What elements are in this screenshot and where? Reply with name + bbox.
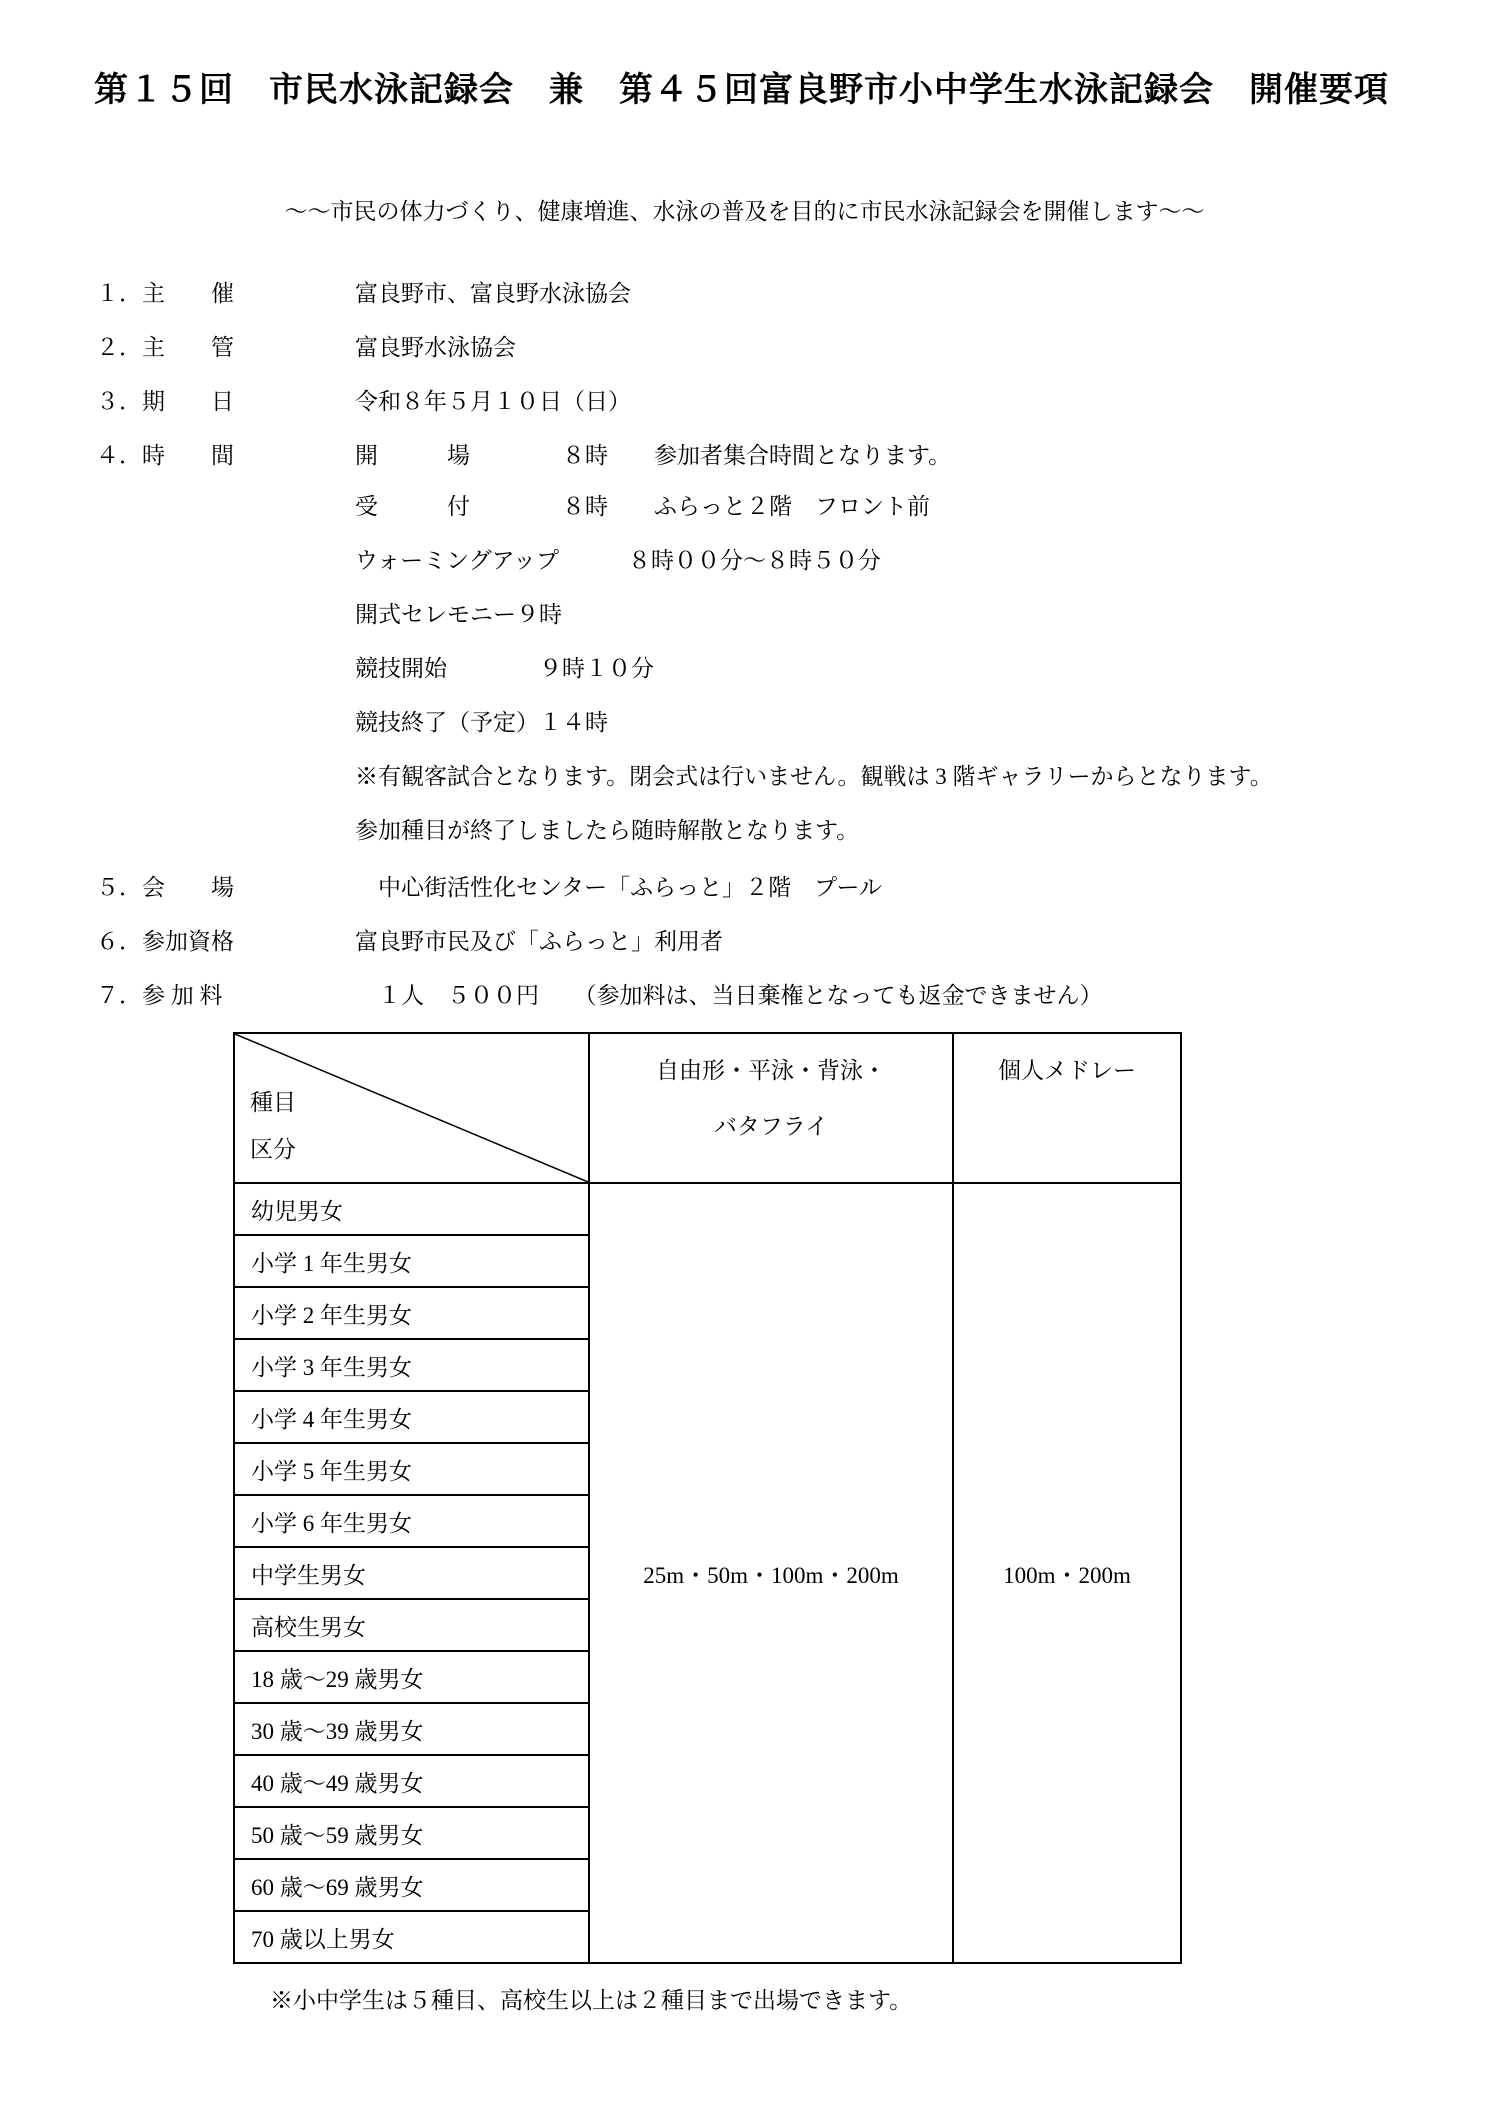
header-strokes: 自由形・平泳・背泳・ バタフライ [589, 1033, 953, 1183]
row-label: 小学 6 年生男女 [234, 1495, 589, 1547]
row-label: 小学 2 年生男女 [234, 1287, 589, 1339]
document-page: 第１５回 市民水泳記録会 兼 第４５回富良野市小中学生水泳記録会 開催要項 〜〜… [0, 0, 1489, 2105]
item-value: １人 ５００円 （参加料は、当日棄権となっても返金できません） [355, 977, 1103, 1010]
row-label: 小学 3 年生男女 [234, 1339, 589, 1391]
table-header-row: 種目 区分 自由形・平泳・背泳・ バタフライ 個人メドレー [234, 1033, 1181, 1183]
schedule-line-reception: 受 付 ８時 ふらっと２階 フロント前 [96, 480, 1489, 534]
header-medley-label: 個人メドレー [955, 1043, 1179, 1099]
row-label: 18 歳〜29 歳男女 [234, 1651, 589, 1703]
item-venue: ５．会 場 中心街活性化センター「ふらっと」２階 プール [96, 858, 1489, 912]
corner-label-category: 区分 [250, 1131, 296, 1164]
row-label: 50 歳〜59 歳男女 [234, 1807, 589, 1859]
document-subtitle: 〜〜市民の体力づくり、健康増進、水泳の普及を目的に市民水泳記録会を開催します〜〜 [0, 193, 1489, 226]
stroke-events-cell: 25m・50m・100m・200m [589, 1183, 953, 1963]
header-strokes-line1: 自由形・平泳・背泳・ [591, 1043, 951, 1099]
schedule-line-end: 競技終了（予定）１４時 [96, 696, 1489, 750]
item-label: ４．時 間 [96, 437, 355, 470]
item-label: ６．参加資格 [96, 923, 355, 956]
header-strokes-line2: バタフライ [591, 1099, 951, 1155]
row-label: 小学 4 年生男女 [234, 1391, 589, 1443]
row-label: 60 歳〜69 歳男女 [234, 1859, 589, 1911]
item-value: 開 場 ８時 参加者集合時間となります。 [355, 437, 951, 470]
row-label: 幼児男女 [234, 1183, 589, 1235]
item-date: ３．期 日 令和８年５月１０日（日） [96, 372, 1489, 426]
row-label: 中学生男女 [234, 1547, 589, 1599]
row-label: 70 歳以上男女 [234, 1911, 589, 1963]
table-corner-cell: 種目 区分 [234, 1033, 589, 1183]
table-row: 幼児男女 25m・50m・100m・200m 100m・200m [234, 1183, 1181, 1235]
item-label: ３．期 日 [96, 383, 355, 416]
item-label: １．主 催 [96, 275, 355, 308]
item-value: 富良野水泳協会 [355, 329, 516, 362]
schedule-note-spectators: ※有観客試合となります。閉会式は行いません。観戦は 3 階ギャラリーからとなりま… [96, 750, 1489, 804]
corner-label-event: 種目 [250, 1084, 296, 1117]
item-value: 中心街活性化センター「ふらっと」２階 プール [355, 869, 882, 902]
row-label: 30 歳〜39 歳男女 [234, 1703, 589, 1755]
item-management: ２．主 管 富良野水泳協会 [96, 318, 1489, 372]
document-title: 第１５回 市民水泳記録会 兼 第４５回富良野市小中学生水泳記録会 開催要項 [94, 62, 1489, 111]
item-value: 富良野市民及び「ふらっと」利用者 [355, 923, 723, 956]
item-fee: ７．参 加 料 １人 ５００円 （参加料は、当日棄権となっても返金できません） [96, 966, 1489, 1020]
item-label: ２．主 管 [96, 329, 355, 362]
item-organizer: １．主 催 富良野市、富良野水泳協会 [96, 264, 1489, 318]
item-label: ５．会 場 [96, 869, 355, 902]
row-label: 40 歳〜49 歳男女 [234, 1755, 589, 1807]
medley-events-cell: 100m・200m [953, 1183, 1181, 1963]
details-list: １．主 催 富良野市、富良野水泳協会 ２．主 管 富良野水泳協会 ３．期 日 令… [96, 264, 1489, 1020]
schedule-line-start: 競技開始 ９時１０分 [96, 642, 1489, 696]
item-label: ７．参 加 料 [96, 977, 355, 1010]
header-medley: 個人メドレー [953, 1033, 1181, 1183]
item-value: 令和８年５月１０日（日） [355, 383, 631, 416]
item-time: ４．時 間 開 場 ８時 参加者集合時間となります。 [96, 426, 1489, 480]
row-label: 小学 5 年生男女 [234, 1443, 589, 1495]
table-footnote: ※小中学生は５種目、高校生以上は２種目まで出場できます。 [270, 1982, 1489, 2015]
row-label: 高校生男女 [234, 1599, 589, 1651]
row-label: 小学 1 年生男女 [234, 1235, 589, 1287]
item-value: 富良野市、富良野水泳協会 [355, 275, 631, 308]
item-eligibility: ６．参加資格 富良野市民及び「ふらっと」利用者 [96, 912, 1489, 966]
schedule-line-ceremony: 開式セレモニー９時 [96, 588, 1489, 642]
schedule-note-dismissal: 参加種目が終了しましたら随時解散となります。 [96, 804, 1489, 858]
schedule-line-warmup: ウォーミングアップ ８時００分〜８時５０分 [96, 534, 1489, 588]
events-table: 種目 区分 自由形・平泳・背泳・ バタフライ 個人メドレー 幼児男女 25m・5… [233, 1032, 1182, 1964]
